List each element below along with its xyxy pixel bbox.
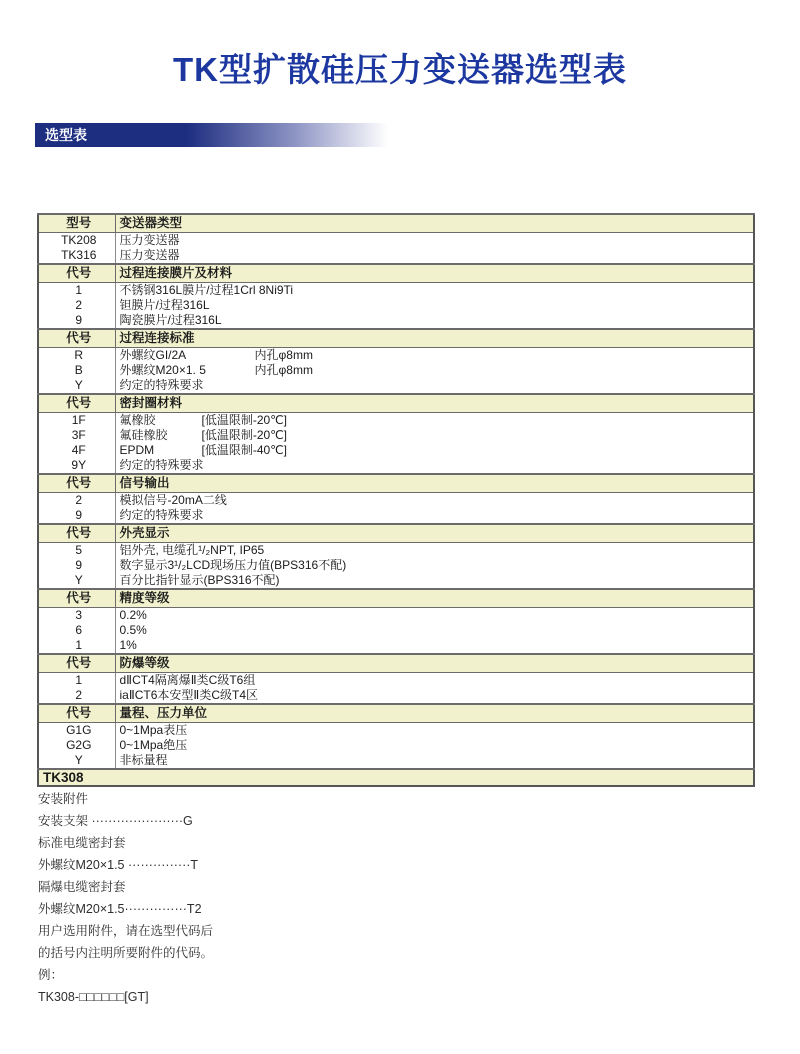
table-row: 9 数字显示3¹/₂LCD现场压力值(BPS316不配) <box>38 558 754 573</box>
code-header-cell: 代号 <box>38 524 115 543</box>
desc-cell: 不锈钢316L膜片/过程1Crl 8Ni9Ti <box>115 283 754 299</box>
desc-header-cell: 变送器类型 <box>115 214 754 233</box>
table-row: 2 模拟信号-20mA二线 <box>38 493 754 509</box>
desc-header-cell: 过程连接膜片及材料 <box>115 264 754 283</box>
table-row: 2 iaⅡCT6本安型Ⅱ类C级T4区 <box>38 688 754 704</box>
note-line: 隔爆电缆密封套 <box>38 876 338 898</box>
desc-text: 外螺纹M20×1. 5 <box>120 363 255 378</box>
desc-header-cell: 外壳显示 <box>115 524 754 543</box>
group-header-row: 代号 量程、压力单位 <box>38 704 754 723</box>
model-footer-cell: TK308 <box>38 769 754 786</box>
note-line: 外螺纹M20×1.5···············T2 <box>38 898 338 920</box>
desc-cell: 氟硅橡胶[低温限制-20℃] <box>115 428 754 443</box>
desc-cell: dⅡCT4隔离爆Ⅱ类C级T6组 <box>115 673 754 689</box>
desc-cell: 0.5% <box>115 623 754 638</box>
desc-cell: 约定的特殊要求 <box>115 378 754 394</box>
desc-header-cell: 过程连接标准 <box>115 329 754 348</box>
table-row: R 外螺纹GI/2A内孔φ8mm <box>38 348 754 364</box>
desc-cell: 外螺纹M20×1. 5内孔φ8mm <box>115 363 754 378</box>
desc-header-cell: 防爆等级 <box>115 654 754 673</box>
desc-cell: 模拟信号-20mA二线 <box>115 493 754 509</box>
desc-cell: 约定的特殊要求 <box>115 458 754 474</box>
table-row: 3 0.2% <box>38 608 754 624</box>
table-row: 9Y 约定的特殊要求 <box>38 458 754 474</box>
code-cell: 4F <box>38 443 115 458</box>
group-header-row: 代号 信号输出 <box>38 474 754 493</box>
desc-header-cell: 量程、压力单位 <box>115 704 754 723</box>
code-cell: 9 <box>38 508 115 524</box>
code-cell: 1 <box>38 638 115 654</box>
code-cell: 9 <box>38 313 115 329</box>
code-cell: 2 <box>38 493 115 509</box>
desc-note: 内孔φ8mm <box>255 348 313 362</box>
table-row: 1 1% <box>38 638 754 654</box>
desc-text: 氟橡胶 <box>120 413 202 428</box>
code-header-cell: 代号 <box>38 264 115 283</box>
table-row: 1 不锈钢316L膜片/过程1Crl 8Ni9Ti <box>38 283 754 299</box>
code-cell: B <box>38 363 115 378</box>
code-cell: G2G <box>38 738 115 753</box>
section-header-label: 选型表 <box>45 127 87 143</box>
desc-header-cell: 密封圈材料 <box>115 394 754 413</box>
note-line: 外螺纹M20×1.5 ···············T <box>38 854 338 876</box>
desc-cell: 数字显示3¹/₂LCD现场压力值(BPS316不配) <box>115 558 754 573</box>
table-row: TK316 压力变送器 <box>38 248 754 264</box>
table-row: G1G 0~1Mpa表压 <box>38 723 754 739</box>
desc-text: 氟硅橡胶 <box>120 428 202 443</box>
group-header-row: 代号 密封圈材料 <box>38 394 754 413</box>
code-cell: 6 <box>38 623 115 638</box>
desc-cell: EPDM[低温限制-40℃] <box>115 443 754 458</box>
table-row: 9 陶瓷膜片/过程316L <box>38 313 754 329</box>
table-row: Y 非标量程 <box>38 753 754 769</box>
table-row: G2G 0~1Mpa绝压 <box>38 738 754 753</box>
code-header-cell: 代号 <box>38 704 115 723</box>
code-header-cell: 代号 <box>38 589 115 608</box>
code-cell: Y <box>38 573 115 589</box>
code-header-cell: 代号 <box>38 654 115 673</box>
code-header-cell: 代号 <box>38 394 115 413</box>
desc-cell: 0~1Mpa绝压 <box>115 738 754 753</box>
code-cell: 9 <box>38 558 115 573</box>
desc-cell: 压力变送器 <box>115 233 754 249</box>
table-row: 5 铝外壳, 电缆孔¹/₂NPT, IP65 <box>38 543 754 559</box>
code-header-cell: 型号 <box>38 214 115 233</box>
code-cell: Y <box>38 753 115 769</box>
desc-cell: 约定的特殊要求 <box>115 508 754 524</box>
group-header-row: 代号 过程连接膜片及材料 <box>38 264 754 283</box>
desc-header-cell: 信号输出 <box>115 474 754 493</box>
table-row: Y 百分比指针显示(BPS316不配) <box>38 573 754 589</box>
desc-note: [低温限制-20℃] <box>202 428 288 442</box>
note-line: 标准电缆密封套 <box>38 832 338 854</box>
desc-cell: 铝外壳, 电缆孔¹/₂NPT, IP65 <box>115 543 754 559</box>
note-line: 安装支架 ······················G <box>38 810 338 832</box>
desc-note: 内孔φ8mm <box>255 363 313 377</box>
code-cell: R <box>38 348 115 364</box>
group-header-row: 代号 外壳显示 <box>38 524 754 543</box>
desc-cell: 0.2% <box>115 608 754 624</box>
table-row: Y 约定的特殊要求 <box>38 378 754 394</box>
group-header-row: 代号 精度等级 <box>38 589 754 608</box>
table-row: TK208 压力变送器 <box>38 233 754 249</box>
code-cell: 3F <box>38 428 115 443</box>
table-row: 2 钽膜片/过程316L <box>38 298 754 313</box>
code-cell: TK316 <box>38 248 115 264</box>
note-line: 用户选用附件，请在选型代码后 <box>38 920 338 942</box>
table-row: 4F EPDM[低温限制-40℃] <box>38 443 754 458</box>
desc-text: 外螺纹GI/2A <box>120 348 255 363</box>
table-row: 3F 氟硅橡胶[低温限制-20℃] <box>38 428 754 443</box>
code-cell: Y <box>38 378 115 394</box>
table-row: 6 0.5% <box>38 623 754 638</box>
desc-cell: 压力变送器 <box>115 248 754 264</box>
table-row: 9 约定的特殊要求 <box>38 508 754 524</box>
code-cell: 1 <box>38 673 115 689</box>
group-header-row: 型号 变送器类型 <box>38 214 754 233</box>
selection-table: 型号 变送器类型 TK208 压力变送器 TK316 压力变送器 代号 过程连接… <box>37 213 755 787</box>
desc-cell: 非标量程 <box>115 753 754 769</box>
note-line: 例： <box>38 964 338 986</box>
note-line: 安装附件 <box>38 788 338 810</box>
desc-note: [低温限制-40℃] <box>202 443 288 457</box>
desc-cell: 1% <box>115 638 754 654</box>
desc-note: [低温限制-20℃] <box>202 413 288 427</box>
desc-cell: 陶瓷膜片/过程316L <box>115 313 754 329</box>
desc-cell: 钽膜片/过程316L <box>115 298 754 313</box>
desc-cell: 氟橡胶[低温限制-20℃] <box>115 413 754 429</box>
table-row: 1F 氟橡胶[低温限制-20℃] <box>38 413 754 429</box>
section-header-bar: 选型表 <box>35 123 755 147</box>
page-title: TK型扩散硅压力变送器选型表 <box>0 44 800 91</box>
desc-header-cell: 精度等级 <box>115 589 754 608</box>
group-header-row: 代号 过程连接标准 <box>38 329 754 348</box>
table-row: 1 dⅡCT4隔离爆Ⅱ类C级T6组 <box>38 673 754 689</box>
desc-cell: 外螺纹GI/2A内孔φ8mm <box>115 348 754 364</box>
group-header-row: 代号 防爆等级 <box>38 654 754 673</box>
code-cell: G1G <box>38 723 115 739</box>
code-cell: 2 <box>38 298 115 313</box>
code-cell: 9Y <box>38 458 115 474</box>
code-cell: 3 <box>38 608 115 624</box>
desc-cell: 0~1Mpa表压 <box>115 723 754 739</box>
code-cell: 5 <box>38 543 115 559</box>
desc-cell: iaⅡCT6本安型Ⅱ类C级T4区 <box>115 688 754 704</box>
code-cell: 2 <box>38 688 115 704</box>
table-row: B 外螺纹M20×1. 5内孔φ8mm <box>38 363 754 378</box>
code-header-cell: 代号 <box>38 329 115 348</box>
model-footer-row: TK308 <box>38 769 754 786</box>
code-cell: TK208 <box>38 233 115 249</box>
desc-cell: 百分比指针显示(BPS316不配) <box>115 573 754 589</box>
note-line: 的括号内注明所要附件的代码。 <box>38 942 338 964</box>
desc-text: EPDM <box>120 443 202 458</box>
code-cell: 1 <box>38 283 115 299</box>
notes-block: 安装附件 安装支架 ······················G 标准电缆密封… <box>38 788 338 1008</box>
note-line: TK308-□□□□□□[GT] <box>38 986 338 1008</box>
code-cell: 1F <box>38 413 115 429</box>
code-header-cell: 代号 <box>38 474 115 493</box>
